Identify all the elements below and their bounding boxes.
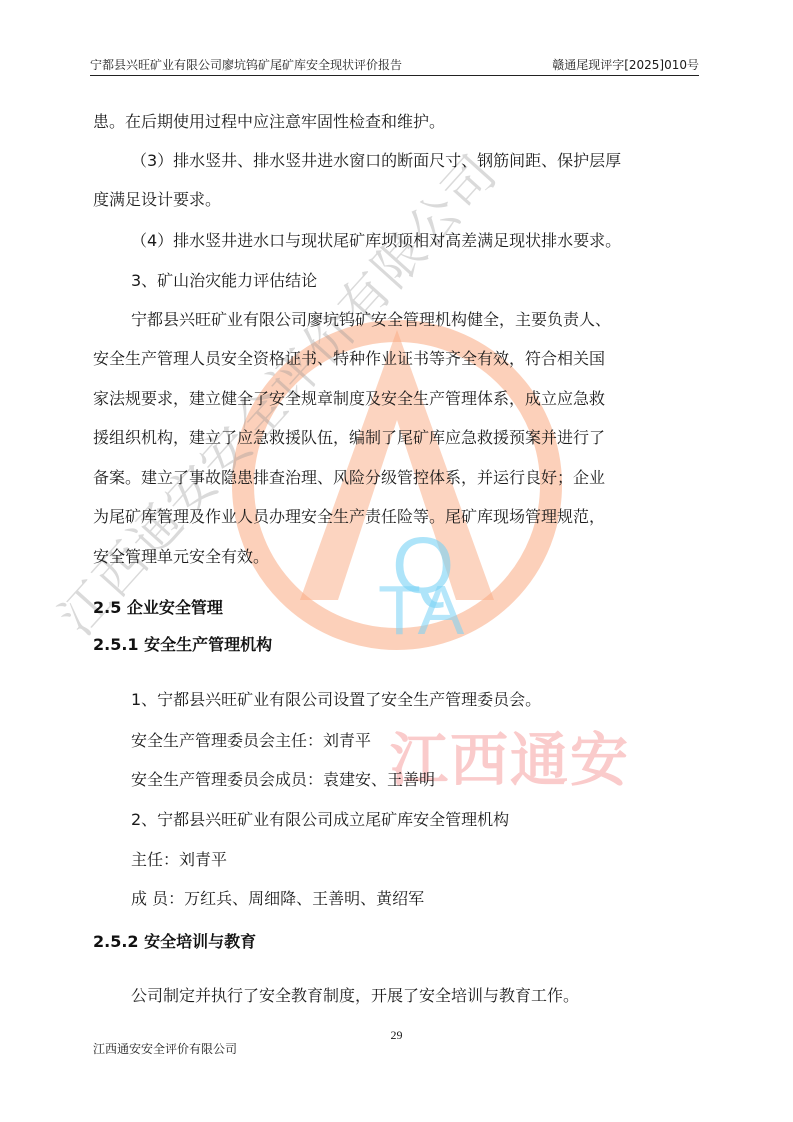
- report-title: 宁都县兴旺矿业有限公司廖坑钨矿尾矿库安全现状评价报告: [90, 57, 402, 73]
- paragraph-line: 安全管理单元安全有效。: [93, 545, 700, 569]
- document-number: 赣通尾现评字[2025]010号: [552, 57, 699, 73]
- paragraph: 度满足设计要求。: [93, 188, 700, 212]
- subsection-heading: 2.5.2 安全培训与教育: [93, 930, 256, 954]
- paragraph-line: 为尾矿库管理及作业人员办理安全生产责任险等。尾矿库现场管理规范，: [93, 505, 700, 529]
- document-page: Q TA 江西通安 江西通安安全评价有限公司 宁都县兴旺矿业有限公司廖坑钨矿尾矿…: [0, 0, 793, 1122]
- paragraph-line: 安全生产管理人员安全资格证书、特种作业证书等齐全有效，符合相关国: [93, 347, 700, 371]
- list-item: 成 员：万红兵、周细降、王善明、黄绍军: [93, 887, 738, 911]
- list-item: 主任：刘青平: [93, 848, 738, 872]
- section-heading: 2.5 企业安全管理: [93, 596, 223, 620]
- list-item: 2、宁都县兴旺矿业有限公司成立尾矿库安全管理机构: [93, 808, 738, 832]
- paragraph: 公司制定并执行了安全教育制度，开展了安全培训与教育工作。: [93, 984, 738, 1008]
- paragraph: 患。在后期使用过程中应注意牢固性检查和维护。: [93, 110, 700, 134]
- watermark-logo-ta: TA: [378, 570, 466, 650]
- list-item: 1、宁都县兴旺矿业有限公司设置了安全生产管理委员会。: [93, 688, 738, 712]
- paragraph-line: 家法规要求，建立健全了安全规章制度及安全生产管理体系，成立应急救: [93, 387, 700, 411]
- list-item: 安全生产管理委员会主任：刘青平: [93, 729, 738, 753]
- paragraph: （4）排水竖井进水口与现状尾矿库坝顶相对高差满足现状排水要求。: [93, 229, 738, 253]
- subsection-label: 3、矿山治灾能力评估结论: [93, 269, 738, 293]
- paragraph-line: 宁都县兴旺矿业有限公司廖坑钨矿安全管理机构健全，主要负责人、: [93, 308, 738, 332]
- paragraph: （3）排水竖井、排水竖井进水窗口的断面尺寸、钢筋间距、保护层厚: [93, 149, 738, 173]
- subsection-heading: 2.5.1 安全生产管理机构: [93, 633, 272, 657]
- paragraph-line: 备案。建立了事故隐患排查治理、风险分级管控体系，并运行良好；企业: [93, 466, 700, 490]
- paragraph-line: 援组织机构，建立了应急救援队伍，编制了尾矿库应急救援预案并进行了: [93, 426, 700, 450]
- page-header: 宁都县兴旺矿业有限公司廖坑钨矿尾矿库安全现状评价报告 赣通尾现评字[2025]0…: [90, 57, 699, 76]
- footer-company: 江西通安安全评价有限公司: [93, 1040, 237, 1057]
- list-item: 安全生产管理委员会成员：袁建安、王善明: [93, 768, 738, 792]
